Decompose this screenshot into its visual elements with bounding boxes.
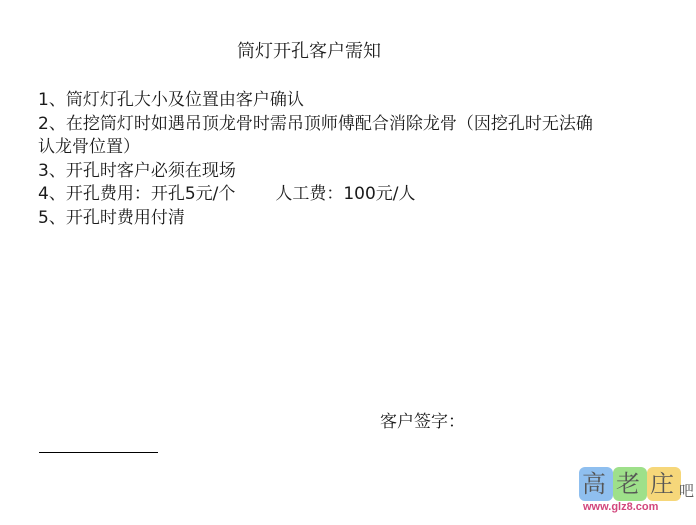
- labor-fee-text: 人工费：100元/人: [275, 184, 415, 204]
- watermark-char: 吧: [679, 477, 694, 505]
- hole-fee-text: 4、开孔费用：开孔5元/个: [38, 184, 235, 204]
- watermark-char: 高: [582, 470, 606, 498]
- watermark-char: 老: [616, 470, 640, 498]
- signature-line: [39, 452, 158, 453]
- notice-item-2: 2、在挖筒灯时如遇吊顶龙骨时需吊顶师傅配合消除龙骨（因挖孔时无法确认龙骨位置）: [38, 113, 598, 160]
- notice-item-1: 1、筒灯灯孔大小及位置由客户确认: [38, 89, 598, 113]
- watermark-url: www.glz8.com: [583, 501, 658, 513]
- notice-list: 1、筒灯灯孔大小及位置由客户确认 2、在挖筒灯时如遇吊顶龙骨时需吊顶师傅配合消除…: [38, 89, 598, 230]
- watermark-logo: 高 老 庄 吧 www.glz8.com: [577, 467, 689, 517]
- watermark-char: 庄: [650, 470, 674, 498]
- notice-item-3: 3、开孔时客户必须在现场: [38, 160, 598, 184]
- notice-item-4: 4、开孔费用：开孔5元/个人工费：100元/人: [38, 183, 598, 207]
- notice-item-5: 5、开孔时费用付清: [38, 207, 598, 231]
- signature-label: 客户签字：: [380, 410, 465, 434]
- document-title: 筒灯开孔客户需知: [237, 40, 381, 64]
